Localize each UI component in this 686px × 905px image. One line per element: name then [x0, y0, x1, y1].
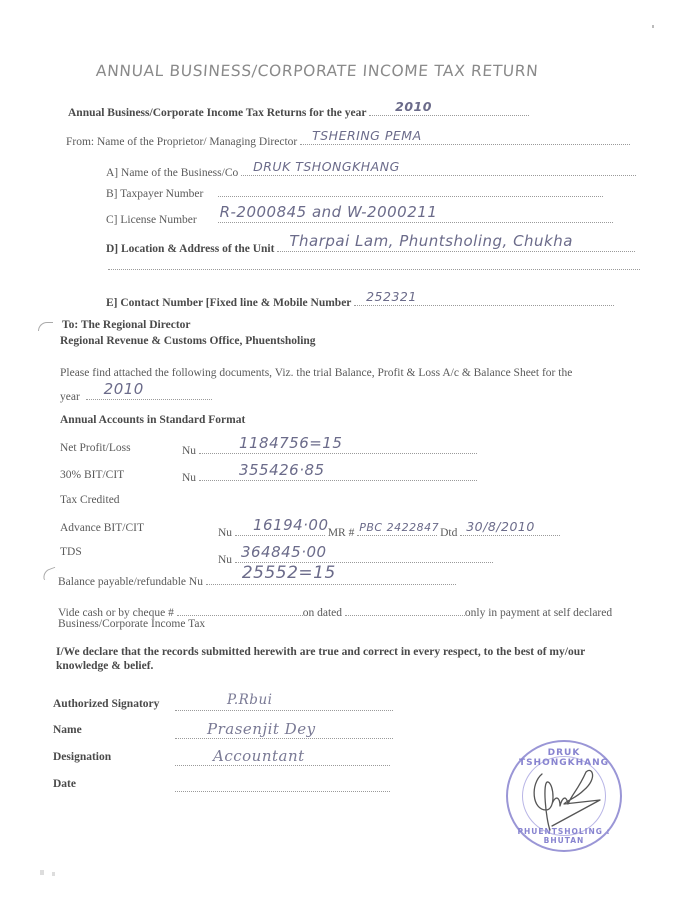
cheque-field[interactable]: [177, 606, 303, 616]
license-number-row: C] License Number R-2000845 and W-200021…: [106, 211, 613, 226]
dtd-value: 30/8/2010: [466, 519, 535, 534]
attachment-year-value: 2010: [104, 380, 144, 398]
proprietor-value: TSHERING PEMA: [312, 128, 422, 143]
license-number-label: C] License Number: [106, 214, 197, 226]
date-field[interactable]: [175, 780, 390, 792]
advance-label: Advance BIT/CIT: [60, 522, 144, 534]
advance-row: Nu 16194·00 MR # PBC 2422847 Dtd 30/8/20…: [218, 524, 560, 539]
year-field[interactable]: 2010: [369, 104, 529, 116]
net-profit-label: Net Profit/Loss: [60, 442, 131, 454]
authorized-signatory-row: P.Rbui: [175, 698, 393, 716]
year-row: Annual Business/Corporate Income Tax Ret…: [68, 104, 529, 119]
advance-field[interactable]: 16194·00: [235, 524, 325, 536]
authorized-signatory-field[interactable]: P.Rbui: [175, 699, 393, 711]
net-profit-currency: Nu: [182, 445, 196, 457]
proprietor-field[interactable]: TSHERING PEMA: [300, 133, 630, 145]
scan-speck: [652, 25, 654, 28]
balance-field[interactable]: 25552=15: [206, 573, 456, 585]
company-stamp: DRUK TSHONGKHANG PHUENTSHOLING : BHUTAN: [506, 740, 622, 852]
business-name-field[interactable]: DRUK TSHONGKHANG: [241, 164, 636, 176]
name-value: Prasenjit Dey: [207, 720, 316, 738]
tds-currency: Nu: [218, 554, 232, 566]
taxpayer-number-row: B] Taxpayer Number: [106, 185, 603, 200]
scan-speck: [52, 872, 55, 876]
date-row: [175, 779, 390, 797]
advance-currency: Nu: [218, 527, 232, 539]
bit-cit-label: 30% BIT/CIT: [60, 469, 124, 481]
declaration-text: I/We declare that the records submitted …: [56, 646, 585, 658]
form-title: ANNUAL BUSINESS/CORPORATE INCOME TAX RET…: [95, 62, 539, 80]
contact-label: E] Contact Number [Fixed line & Mobile N…: [106, 297, 351, 309]
only-label: only in payment at self declared: [465, 607, 612, 619]
tds-field[interactable]: 364845·00: [235, 551, 493, 563]
attachment-year-row: year 2010: [60, 388, 212, 403]
dated-field[interactable]: [345, 606, 465, 616]
location-field[interactable]: Tharpai Lam, Phuntsholing, Chukha: [277, 240, 635, 252]
punch-hole-mark-2: [41, 567, 58, 581]
contact-field[interactable]: 252321: [354, 294, 614, 306]
dtd-label: Dtd: [440, 527, 457, 539]
name-field[interactable]: Prasenjit Dey: [175, 727, 393, 739]
addressee-line2: Regional Revenue & Customs Office, Phuen…: [60, 335, 316, 347]
contact-row: E] Contact Number [Fixed line & Mobile N…: [106, 294, 614, 309]
balance-value: 25552=15: [242, 563, 336, 583]
balance-row: Balance payable/refundable Nu 25552=15: [58, 573, 456, 588]
payment-line2: Business/Corporate Income Tax: [58, 618, 205, 630]
signature-scribble-icon: [528, 764, 604, 834]
contact-value: 252321: [366, 289, 417, 304]
bit-cit-field[interactable]: 355426·85: [199, 469, 477, 481]
mr-field[interactable]: PBC 2422847: [357, 524, 437, 536]
mr-label: MR #: [328, 527, 355, 539]
designation-label: Designation: [53, 751, 111, 763]
license-number-value: R-2000845 and W-2000211: [220, 203, 438, 221]
attachment-year-label: year: [60, 391, 80, 403]
bit-cit-currency: Nu: [182, 472, 196, 484]
designation-value: Accountant: [213, 747, 305, 765]
proprietor-row: From: Name of the Proprietor/ Managing D…: [66, 133, 630, 148]
location-row: D] Location & Address of the Unit Tharpa…: [106, 240, 635, 255]
proprietor-label: From: Name of the Proprietor/ Managing D…: [66, 136, 297, 148]
designation-row: Accountant: [175, 753, 390, 771]
addressee-line1: To: The Regional Director: [62, 319, 191, 331]
location-continuation-line[interactable]: [108, 268, 640, 270]
dtd-field[interactable]: 30/8/2010: [460, 524, 560, 536]
advance-value: 16194·00: [253, 516, 329, 534]
bit-cit-value: 355426·85: [239, 461, 325, 479]
attachment-text: Please find attached the following docum…: [60, 367, 572, 379]
tax-credited-label: Tax Credited: [60, 494, 120, 506]
license-number-field[interactable]: R-2000845 and W-2000211: [218, 211, 613, 223]
year-value: 2010: [395, 99, 432, 114]
tds-value: 364845·00: [241, 543, 327, 561]
location-value: Tharpai Lam, Phuntsholing, Chukha: [289, 232, 573, 250]
punch-hole-mark: [38, 322, 53, 331]
business-name-label: A] Name of the Business/Co: [106, 167, 238, 179]
business-name-value: DRUK TSHONGKHANG: [253, 159, 400, 174]
attachment-year-field[interactable]: 2010: [86, 388, 212, 400]
authorized-signatory-label: Authorized Signatory: [53, 698, 159, 710]
net-profit-row: Nu 1184756=15: [182, 442, 477, 457]
net-profit-value: 1184756=15: [239, 434, 342, 452]
date-label: Date: [53, 778, 76, 790]
authorized-signatory-value: P.Rbui: [227, 692, 272, 708]
taxpayer-number-label: B] Taxpayer Number: [106, 188, 203, 200]
mr-value: PBC 2422847: [359, 521, 439, 534]
net-profit-field[interactable]: 1184756=15: [199, 442, 477, 454]
declaration-line2: knowledge & belief.: [56, 660, 153, 672]
business-name-row: A] Name of the Business/Co DRUK TSHONGKH…: [106, 164, 636, 179]
scan-speck: [40, 870, 44, 875]
tds-label: TDS: [60, 546, 82, 558]
taxpayer-number-field[interactable]: [218, 185, 603, 197]
balance-label: Balance payable/refundable Nu: [58, 576, 203, 588]
location-label: D] Location & Address of the Unit: [106, 243, 274, 255]
bit-cit-row: Nu 355426·85: [182, 469, 477, 484]
accounts-heading: Annual Accounts in Standard Format: [60, 414, 245, 426]
year-label: Annual Business/Corporate Income Tax Ret…: [68, 107, 366, 119]
name-label: Name: [53, 724, 82, 736]
on-dated-label: on dated: [303, 607, 342, 619]
name-row: Prasenjit Dey: [175, 726, 393, 744]
designation-field[interactable]: Accountant: [175, 754, 390, 766]
